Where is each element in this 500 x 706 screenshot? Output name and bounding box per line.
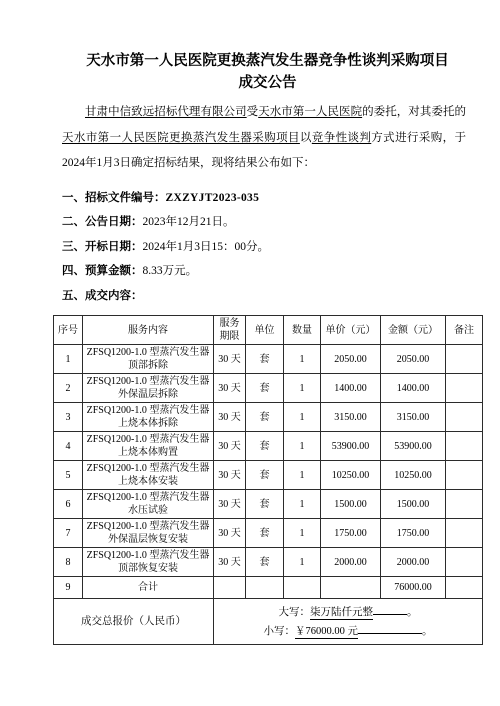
cell-unit-price: 2000.00 [321, 548, 381, 577]
agency-name: 甘肃中信致远招标代理有限公司 [85, 106, 247, 118]
cell-remarks [446, 461, 483, 490]
cell-serial-number: 9 [54, 577, 83, 599]
cell-remarks [446, 548, 483, 577]
cell-amount: 1400.00 [381, 374, 446, 403]
project-name: 天水市第一人民医院更换蒸汽发生器采购项目 [62, 132, 300, 144]
cell-remarks [446, 345, 483, 374]
section-bid-document-number: 一、招标文件编号：ZXZYJT2023-035 [62, 186, 482, 211]
cell-unit [246, 577, 284, 599]
table-row: 3 ZFSQ1200-1.0 型蒸汽发生器上烧本体拆除 30 天 套 1 315… [54, 403, 483, 432]
cell-total-amount: 76000.00 [381, 577, 446, 599]
cell-unit: 套 [246, 548, 284, 577]
amount-words-suffix: 。 [407, 607, 418, 618]
cell-unit-price: 1400.00 [321, 374, 381, 403]
cell-remarks [446, 374, 483, 403]
cell-service-term: 30 天 [214, 461, 246, 490]
cell-quantity: 1 [284, 374, 321, 403]
total-price-cell: 大写：柒万陆仟元整。 小写：￥76000.00 元。 [214, 599, 483, 645]
results-table: 序号 服务内容 服务期限 单位 数量 单价（元） 金额（元） 备注 1 ZFSQ… [53, 315, 483, 645]
cell-service-term: 30 天 [214, 374, 246, 403]
cell-serial-number: 4 [54, 432, 83, 461]
title-line-2: 成交公告 [53, 72, 482, 94]
cell-quantity: 1 [284, 403, 321, 432]
cell-amount: 1750.00 [381, 519, 446, 548]
cell-unit-price: 53900.00 [321, 432, 381, 461]
underline-fill [373, 604, 407, 615]
numbered-sections: 一、招标文件编号：ZXZYJT2023-035 二、公告日期：2023年12月2… [62, 186, 482, 309]
title-line-1: 天水市第一人民医院更换蒸汽发生器竞争性谈判采购项目 [53, 50, 482, 72]
cell-remarks [446, 432, 483, 461]
cell-total-label: 合计 [83, 577, 214, 599]
intro-text-3: 以 [300, 132, 312, 144]
header-amount: 金额（元） [381, 316, 446, 345]
cell-unit-price: 1500.00 [321, 490, 381, 519]
intro-paragraph: 甘肃中信致远招标代理有限公司受天水市第一人民医院的委托，对其委托的天水市第一人民… [62, 100, 466, 177]
document-title: 天水市第一人民医院更换蒸汽发生器竞争性谈判采购项目 成交公告 [53, 50, 482, 94]
cell-unit: 套 [246, 403, 284, 432]
header-remarks: 备注 [446, 316, 483, 345]
section-label: 四、预算金额： [62, 265, 143, 277]
header-serial-number: 序号 [54, 316, 83, 345]
announcement-date: 2023年12月21日。 [143, 216, 235, 228]
cell-service-content: ZFSQ1200-1.0 型蒸汽发生器外保温层拆除 [83, 374, 214, 403]
cell-quantity [284, 577, 321, 599]
cell-service-content: ZFSQ1200-1.0 型蒸汽发生器上烧本体安装 [83, 461, 214, 490]
cell-service-term: 30 天 [214, 432, 246, 461]
header-service-content: 服务内容 [83, 316, 214, 345]
cell-unit: 套 [246, 490, 284, 519]
cell-amount: 2050.00 [381, 345, 446, 374]
cell-service-content: ZFSQ1200-1.0 型蒸汽发生器顶部恢复安装 [83, 548, 214, 577]
section-label: 五、成交内容： [62, 290, 143, 302]
cell-service-term: 30 天 [214, 490, 246, 519]
header-unit-price: 单价（元） [321, 316, 381, 345]
cell-quantity: 1 [284, 432, 321, 461]
cell-service-term [214, 577, 246, 599]
cell-quantity: 1 [284, 345, 321, 374]
amount-figures-suffix: 。 [422, 626, 433, 637]
cell-serial-number: 3 [54, 403, 83, 432]
amount-in-figures: ￥76000.00 元 [295, 626, 358, 639]
cell-serial-number: 7 [54, 519, 83, 548]
cell-unit-price: 10250.00 [321, 461, 381, 490]
table-row: 2 ZFSQ1200-1.0 型蒸汽发生器外保温层拆除 30 天 套 1 140… [54, 374, 483, 403]
cell-unit-price: 1750.00 [321, 519, 381, 548]
cell-service-content: ZFSQ1200-1.0 型蒸汽发生器上烧本体购置 [83, 432, 214, 461]
cell-remarks [446, 577, 483, 599]
total-row: 9 合计 76000.00 [54, 577, 483, 599]
cell-unit-price [321, 577, 381, 599]
table-row: 7 ZFSQ1200-1.0 型蒸汽发生器外保温层恢复安装 30 天 套 1 1… [54, 519, 483, 548]
cell-unit: 套 [246, 432, 284, 461]
amount-words-prefix: 大写： [279, 607, 311, 618]
amount-in-words-line: 大写：柒万陆仟元整。 [216, 603, 480, 622]
amount-in-words: 柒万陆仟元整 [310, 607, 373, 620]
cell-unit-price: 2050.00 [321, 345, 381, 374]
table-row: 8 ZFSQ1200-1.0 型蒸汽发生器顶部恢复安装 30 天 套 1 200… [54, 548, 483, 577]
cell-serial-number: 5 [54, 461, 83, 490]
table-row: 6 ZFSQ1200-1.0 型蒸汽发生器水压试验 30 天 套 1 1500.… [54, 490, 483, 519]
cell-unit: 套 [246, 374, 284, 403]
cell-amount: 1500.00 [381, 490, 446, 519]
cell-service-term: 30 天 [214, 519, 246, 548]
cell-quantity: 1 [284, 519, 321, 548]
cell-serial-number: 6 [54, 490, 83, 519]
cell-remarks [446, 519, 483, 548]
total-price-label: 成交总报价（人民币） [54, 599, 214, 645]
table-row: 5 ZFSQ1200-1.0 型蒸汽发生器上烧本体安装 30 天 套 1 102… [54, 461, 483, 490]
cell-service-content: ZFSQ1200-1.0 型蒸汽发生器上烧本体拆除 [83, 403, 214, 432]
section-budget-amount: 四、预算金额：8.33万元。 [62, 259, 482, 284]
section-label: 一、招标文件编号： [62, 192, 166, 204]
amount-figures-prefix: 小写： [264, 626, 296, 637]
section-label: 二、公告日期： [62, 216, 143, 228]
table-row: 4 ZFSQ1200-1.0 型蒸汽发生器上烧本体购置 30 天 套 1 539… [54, 432, 483, 461]
cell-amount: 2000.00 [381, 548, 446, 577]
header-quantity: 数量 [284, 316, 321, 345]
client-name: 天水市第一人民医院 [258, 106, 362, 118]
table-row: 1 ZFSQ1200-1.0 型蒸汽发生器顶部拆除 30 天 套 1 2050.… [54, 345, 483, 374]
cell-service-content: ZFSQ1200-1.0 型蒸汽发生器外保温层恢复安装 [83, 519, 214, 548]
cell-serial-number: 8 [54, 548, 83, 577]
document-page: 天水市第一人民医院更换蒸汽发生器竞争性谈判采购项目 成交公告 甘肃中信致远招标代… [0, 0, 500, 706]
cell-service-content: ZFSQ1200-1.0 型蒸汽发生器顶部拆除 [83, 345, 214, 374]
amount-in-figures-line: 小写：￥76000.00 元。 [216, 622, 480, 641]
header-service-term: 服务期限 [214, 316, 246, 345]
table-header-row: 序号 服务内容 服务期限 单位 数量 单价（元） 金额（元） 备注 [54, 316, 483, 345]
cell-service-term: 30 天 [214, 403, 246, 432]
bid-document-number: ZXZYJT2023-035 [166, 192, 260, 204]
cell-service-term: 30 天 [214, 345, 246, 374]
cell-remarks [446, 403, 483, 432]
cell-quantity: 1 [284, 490, 321, 519]
footer-row: 成交总报价（人民币） 大写：柒万陆仟元整。 小写：￥76000.00 元。 [54, 599, 483, 645]
underline-fill [358, 623, 422, 634]
cell-unit: 套 [246, 519, 284, 548]
bid-opening-date: 2024年1月3日15：00分。 [143, 241, 270, 253]
section-award-content: 五、成交内容： [62, 284, 482, 309]
header-unit: 单位 [246, 316, 284, 345]
cell-quantity: 1 [284, 548, 321, 577]
cell-amount: 10250.00 [381, 461, 446, 490]
cell-amount: 3150.00 [381, 403, 446, 432]
cell-quantity: 1 [284, 461, 321, 490]
budget-amount: 8.33万元。 [143, 265, 198, 277]
cell-serial-number: 2 [54, 374, 83, 403]
cell-service-term: 30 天 [214, 548, 246, 577]
cell-unit-price: 3150.00 [321, 403, 381, 432]
cell-serial-number: 1 [54, 345, 83, 374]
cell-remarks [446, 490, 483, 519]
cell-unit: 套 [246, 345, 284, 374]
section-announcement-date: 二、公告日期：2023年12月21日。 [62, 210, 482, 235]
cell-amount: 53900.00 [381, 432, 446, 461]
section-label: 三、开标日期： [62, 241, 143, 253]
intro-text-1: 受 [247, 106, 259, 118]
cell-service-content: ZFSQ1200-1.0 型蒸汽发生器水压试验 [83, 490, 214, 519]
intro-text-2: 的委托，对其委托的 [362, 106, 466, 118]
cell-unit: 套 [246, 461, 284, 490]
section-bid-opening-date: 三、开标日期：2024年1月3日15：00分。 [62, 235, 482, 260]
procurement-method: 竞争性谈判 [312, 132, 371, 144]
